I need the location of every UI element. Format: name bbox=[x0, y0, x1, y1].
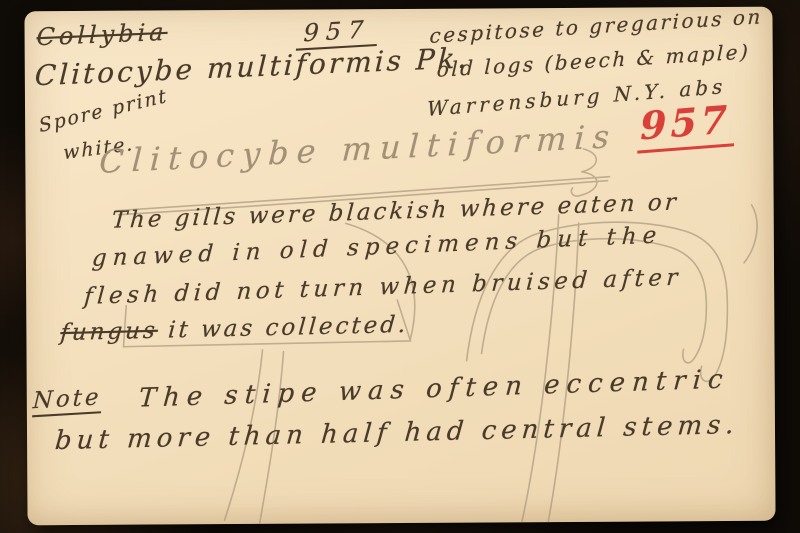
note-label-text: Note bbox=[32, 384, 102, 417]
species-name-pencil: Clitocybe multiformis bbox=[98, 117, 618, 181]
crossed-out-genus: Collybia bbox=[36, 18, 168, 51]
note-line-2: but more than half had central stems. bbox=[54, 410, 740, 456]
photo-of-index-card: { "scene": { "background_color": "#0f0b0… bbox=[0, 0, 800, 533]
note-label: Note bbox=[32, 384, 102, 414]
description-line-4: fungus it was collected. bbox=[59, 312, 409, 346]
catalog-number-red: 957 bbox=[637, 96, 734, 154]
note-line-1: The stipe was often eccentric bbox=[138, 364, 731, 413]
description-line-3: flesh did not turn when bruised after bbox=[83, 265, 683, 310]
struck-word-fungus: fungus bbox=[59, 318, 159, 346]
species-name-ink: Clitocybe multiformis Pk. bbox=[34, 41, 470, 92]
spore-print-line-1: Spore print bbox=[38, 85, 170, 137]
description-line-4-rest: it was collected. bbox=[157, 312, 410, 344]
index-card: Collybia 957 cespitose to gregarious on … bbox=[24, 7, 775, 526]
